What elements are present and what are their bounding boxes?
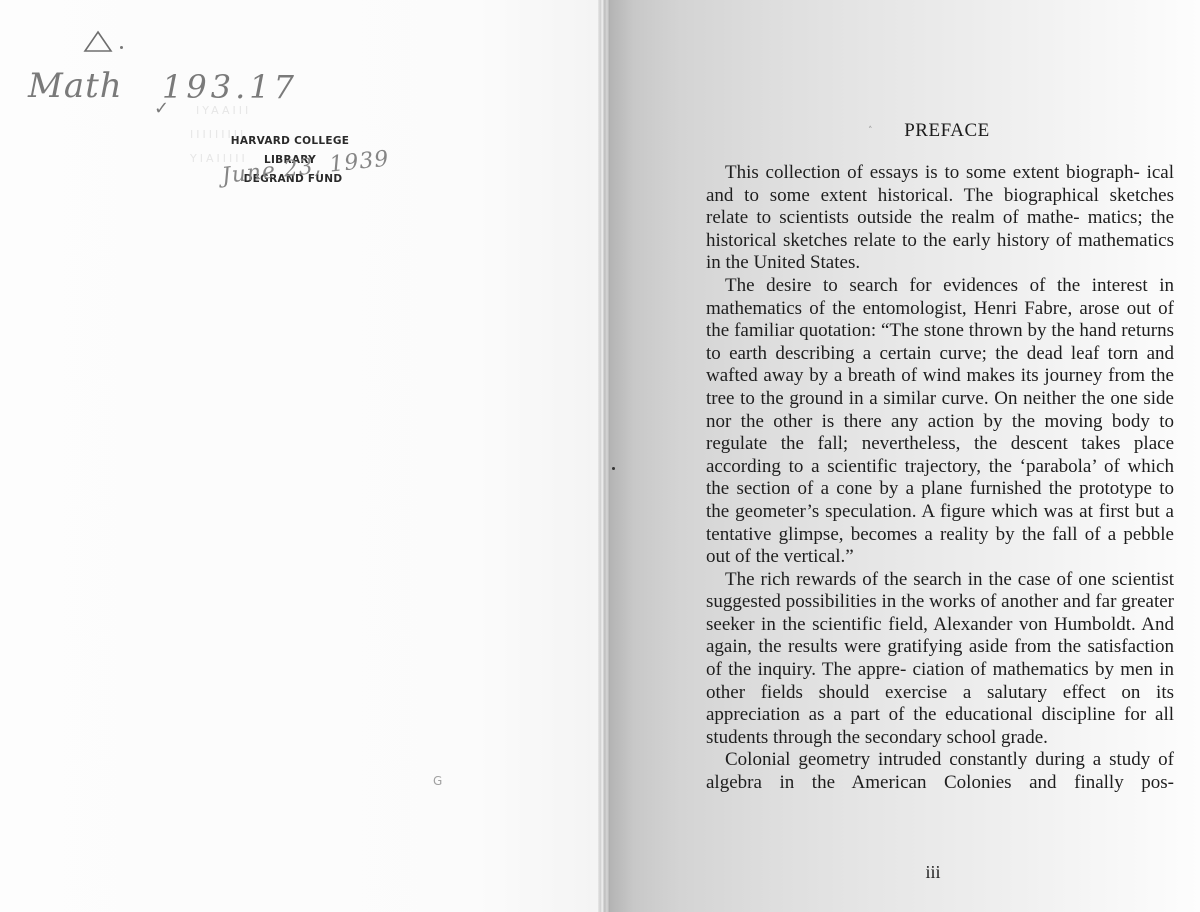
right-page-preface: ˄ PREFACE This collection of essays is t… — [610, 0, 1200, 912]
check-mark-icon: ✓ — [154, 98, 169, 119]
embossed-mark: IYAAIII — [196, 104, 251, 117]
paragraph: The rich rewards of the search in the ca… — [706, 569, 1174, 750]
triangle-mark-icon — [82, 30, 114, 54]
page-number: iii — [610, 862, 1200, 883]
preface-body: This collection of essays is to some ext… — [706, 162, 1174, 795]
gutter-speck — [612, 467, 615, 470]
book-spread: Math 193.17 ✓ IYAAIII IIIIIIIII YIAIIIII… — [0, 0, 1200, 912]
paragraph: The desire to search for evidences of th… — [706, 275, 1174, 569]
paragraph: This collection of essays is to some ext… — [706, 162, 1174, 275]
pencil-dot — [120, 46, 123, 49]
corner-mark: G — [433, 774, 442, 788]
book-gutter — [598, 0, 610, 912]
call-number-value: 193.17 — [162, 68, 298, 106]
page-title: PREFACE — [610, 120, 1200, 142]
call-number-subject: Math — [28, 66, 123, 106]
left-page-flyleaf: Math 193.17 ✓ IYAAIII IIIIIIIII YIAIIIII… — [0, 0, 598, 912]
paragraph: Colonial geometry intruded constantly du… — [706, 749, 1174, 794]
